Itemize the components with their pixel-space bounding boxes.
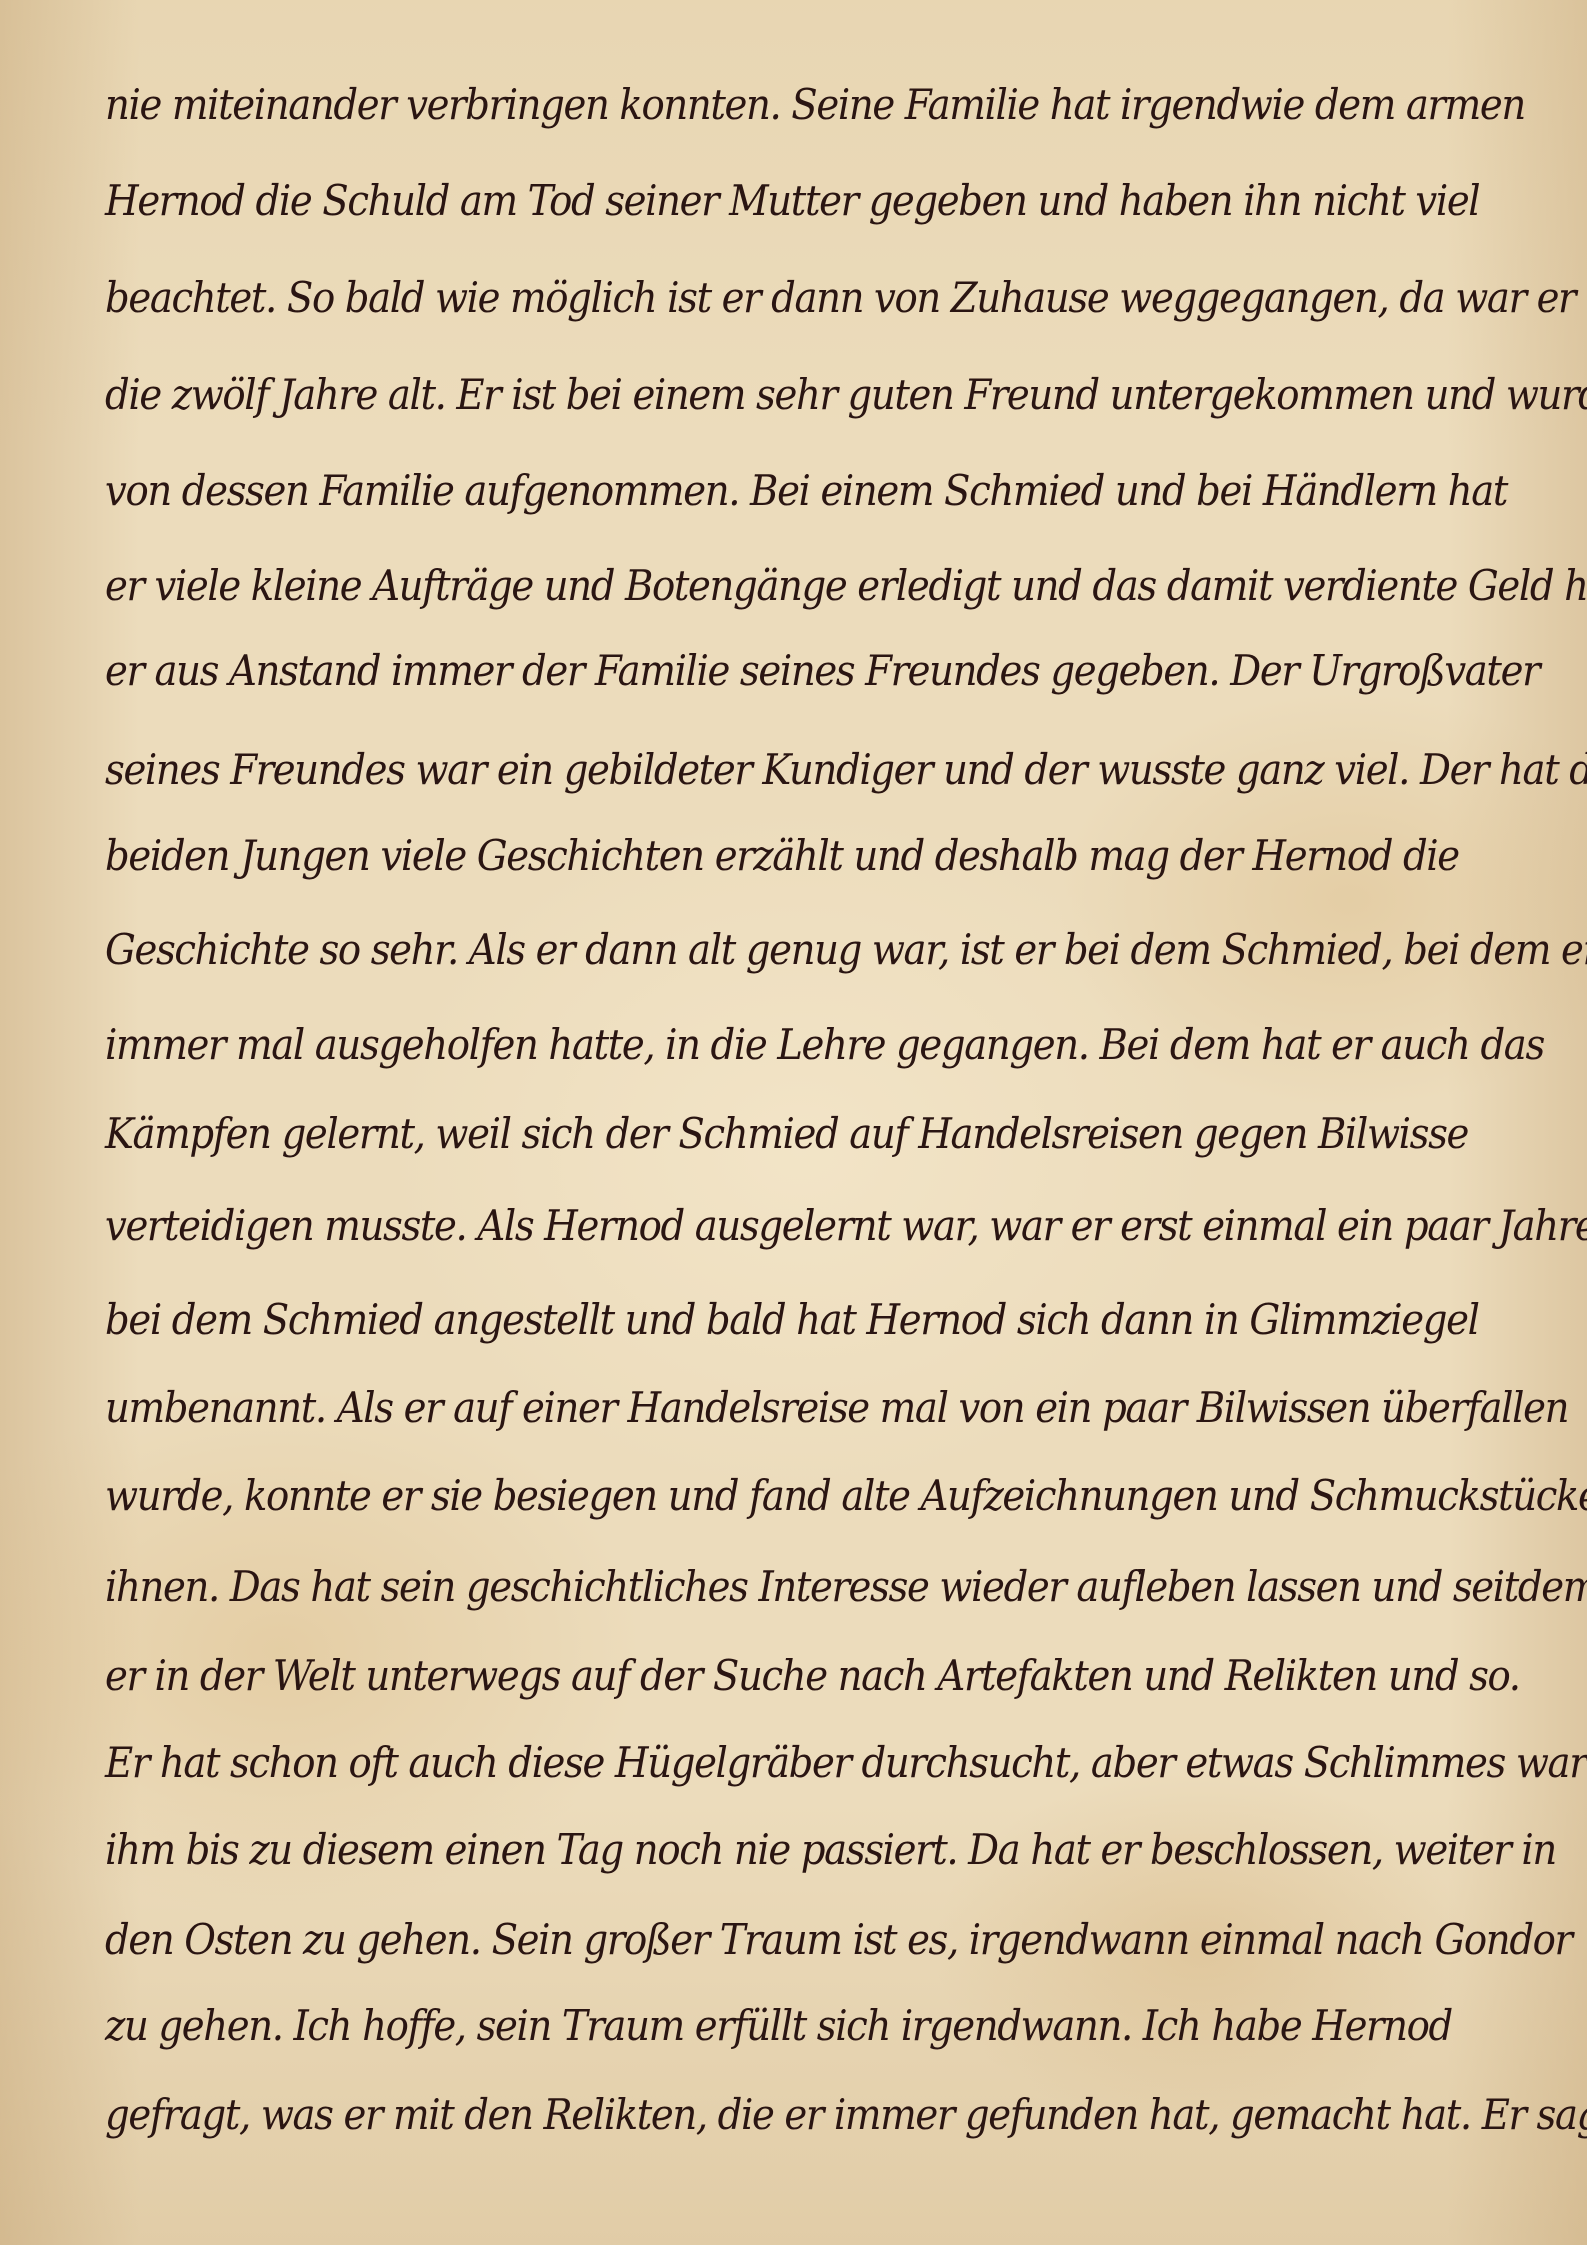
text-line: er viele kleine Aufträge und Botengänge … <box>105 556 1587 616</box>
text-line: die zwölf Jahre alt. Er ist bei einem se… <box>105 365 1587 425</box>
text-line: beiden Jungen viele Geschichten erzählt … <box>105 826 1459 886</box>
text-line: nie miteinander verbringen konnten. Sein… <box>105 75 1525 135</box>
text-line: Kämpfen gelernt, weil sich der Schmied a… <box>105 1104 1468 1164</box>
text-line: er aus Anstand immer der Familie seines … <box>105 641 1539 701</box>
text-line: von dessen Familie aufgenommen. Bei eine… <box>105 461 1507 521</box>
text-line: Er hat schon oft auch diese Hügelgräber … <box>105 1733 1586 1793</box>
text-line: zu gehen. Ich hoffe, sein Traum erfüllt … <box>105 1996 1452 2056</box>
text-line: immer mal ausgeholfen hatte, in die Lehr… <box>105 1015 1544 1075</box>
parchment-page: nie miteinander verbringen konnten. Sein… <box>0 0 1587 2245</box>
text-line: verteidigen musste. Als Hernod ausgelern… <box>105 1196 1587 1256</box>
text-line: den Osten zu gehen. Sein großer Traum is… <box>105 1910 1572 1970</box>
text-line: Hernod die Schuld am Tod seiner Mutter g… <box>105 171 1479 231</box>
text-line: beachtet. So bald wie möglich ist er dan… <box>105 268 1587 328</box>
text-line: seines Freundes war ein gebildeter Kundi… <box>105 740 1587 800</box>
text-line: umbenannt. Als er auf einer Handelsreise… <box>105 1378 1568 1438</box>
text-line: wurde, konnte er sie besiegen und fand a… <box>105 1466 1587 1526</box>
text-line: er in der Welt unterwegs auf der Suche n… <box>105 1646 1520 1706</box>
text-line: Geschichte so sehr. Als er dann alt genu… <box>105 920 1587 980</box>
text-line: ihnen. Das hat sein geschichtliches Inte… <box>105 1557 1587 1617</box>
text-line: gefragt, was er mit den Relikten, die er… <box>105 2085 1587 2145</box>
text-line: bei dem Schmied angestellt und bald hat … <box>105 1290 1479 1350</box>
text-line: ihm bis zu diesem einen Tag noch nie pas… <box>105 1820 1556 1880</box>
